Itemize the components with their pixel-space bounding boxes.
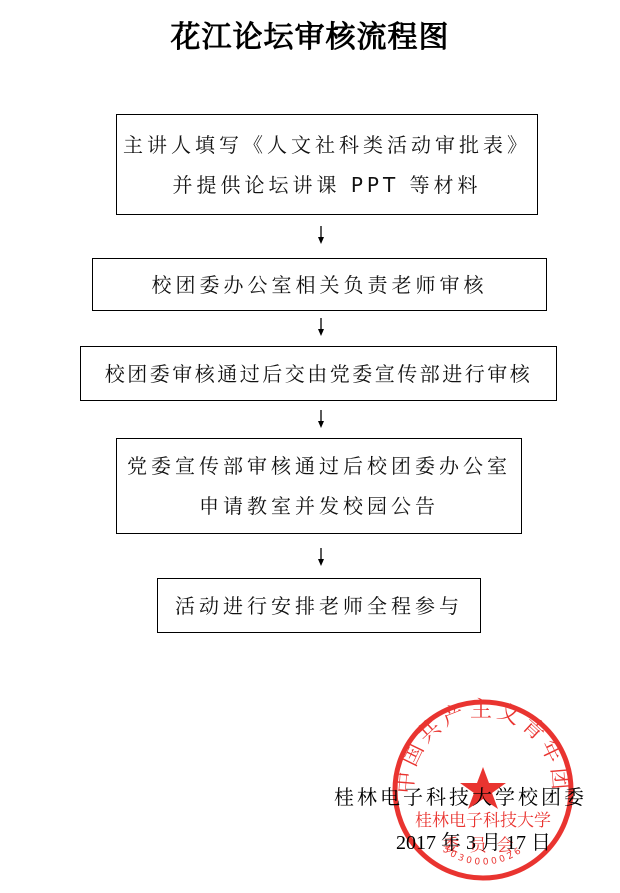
flow-step-2: 校团委办公室相关负责老师审核 [92, 258, 547, 311]
step-5-line-1: 活动进行安排老师全程参与 [175, 586, 463, 626]
step-1-line-1: 主讲人填写《人文社科类活动审批表》 [123, 125, 531, 165]
flow-step-1: 主讲人填写《人文社科类活动审批表》 并提供论坛讲课 PPT 等材料 [116, 114, 538, 215]
step-1-line-2: 并提供论坛讲课 PPT 等材料 [172, 165, 481, 205]
flow-step-4: 党委宣传部审核通过后校团委办公室 申请教室并发校园公告 [116, 438, 522, 534]
arrow-down-icon [315, 410, 327, 430]
arrow-down-icon [315, 548, 327, 568]
flow-step-3: 校团委审核通过后交由党委宣传部进行审核 [80, 346, 557, 401]
signing-organization: 桂林电子科技大学校团委 [334, 781, 587, 810]
step-2-line-1: 校团委办公室相关负责老师审核 [152, 265, 488, 305]
step-4-line-1: 党委宣传部审核通过后校团委办公室 [127, 446, 511, 486]
signing-date: 2017 年 3 月 17 日 [396, 826, 551, 855]
arrow-down-icon [315, 318, 327, 338]
step-4-line-2: 申请教室并发校园公告 [199, 486, 439, 526]
arrow-down-icon [315, 226, 327, 246]
flow-step-5: 活动进行安排老师全程参与 [157, 578, 481, 633]
page-title: 花江论坛审核流程图 [0, 18, 620, 58]
step-3-line-1: 校团委审核通过后交由党委宣传部进行审核 [105, 354, 533, 394]
